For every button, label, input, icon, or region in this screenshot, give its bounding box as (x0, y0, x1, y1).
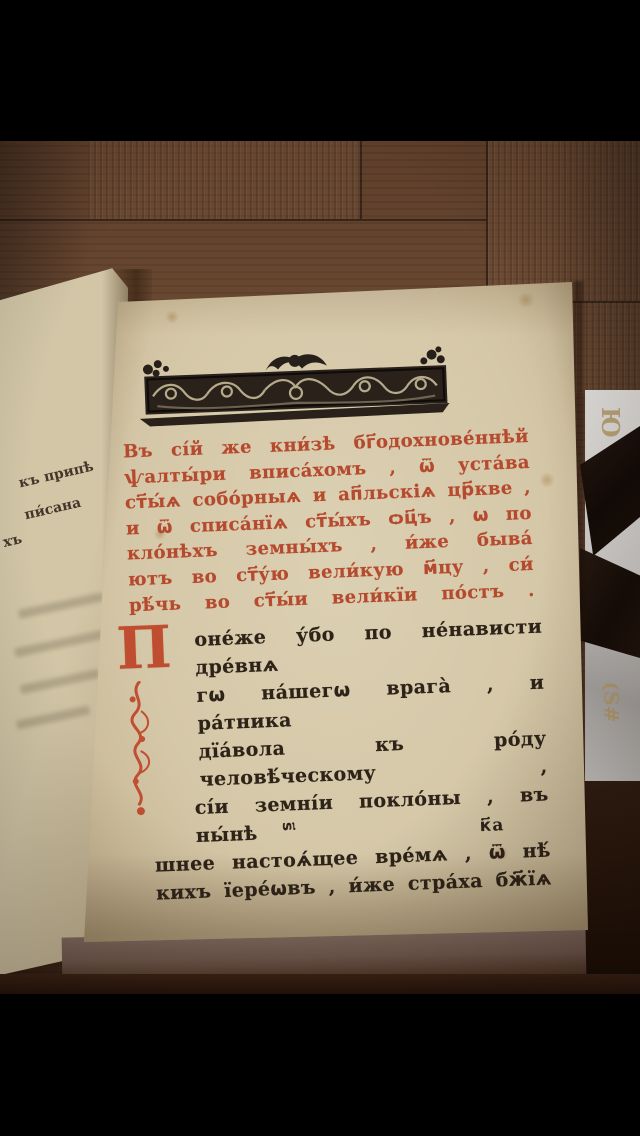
left-page-text-fragment: пи́сана (23, 495, 83, 524)
parquet-seam (486, 141, 488, 301)
left-page-text-fragment: къ припѣ (17, 459, 95, 492)
left-page-text-fragment: хъ (1, 531, 23, 551)
parquet-seam (360, 141, 362, 219)
leather-cover-corner (583, 781, 640, 991)
red-text-block: Въ сі́й же кни́зѣ бг҃одохнове́ннѣй ѱалты… (123, 424, 536, 619)
screenshot-root: Ю (S# къ припѣ пи́сана хъ (0, 0, 640, 1136)
paper-printed-mark: (S# (599, 682, 623, 723)
headpiece-ornament (135, 345, 455, 427)
black-text-block: оне́же у́бо по не́нависти дре́внѧ гѡ на́… (130, 613, 552, 909)
parquet-floor-patch (486, 141, 640, 301)
right-page: Въ сі́й же кни́зѣ бг҃одохнове́ннѣй ѱалты… (78, 275, 596, 947)
show-through-text (20, 669, 100, 694)
book-photo: Ю (S# къ припѣ пи́сана хъ (0, 141, 640, 994)
show-through-text (18, 592, 104, 619)
paper-printed-mark: Ю (596, 407, 625, 438)
folio-number: к҃а (479, 815, 504, 836)
parquet-seam (0, 219, 486, 221)
show-through-text (16, 705, 90, 729)
floor-shadow-strip (0, 974, 640, 994)
show-through-text (14, 630, 106, 658)
quire-signature: ѕ҃ (279, 822, 297, 832)
parquet-floor-patch (88, 141, 360, 219)
letterbox-bottom (0, 994, 640, 1136)
letterbox-top (0, 0, 640, 141)
page-content: Въ сі́й же кни́зѣ бг҃одохнове́ннѣй ѱалты… (67, 266, 610, 957)
